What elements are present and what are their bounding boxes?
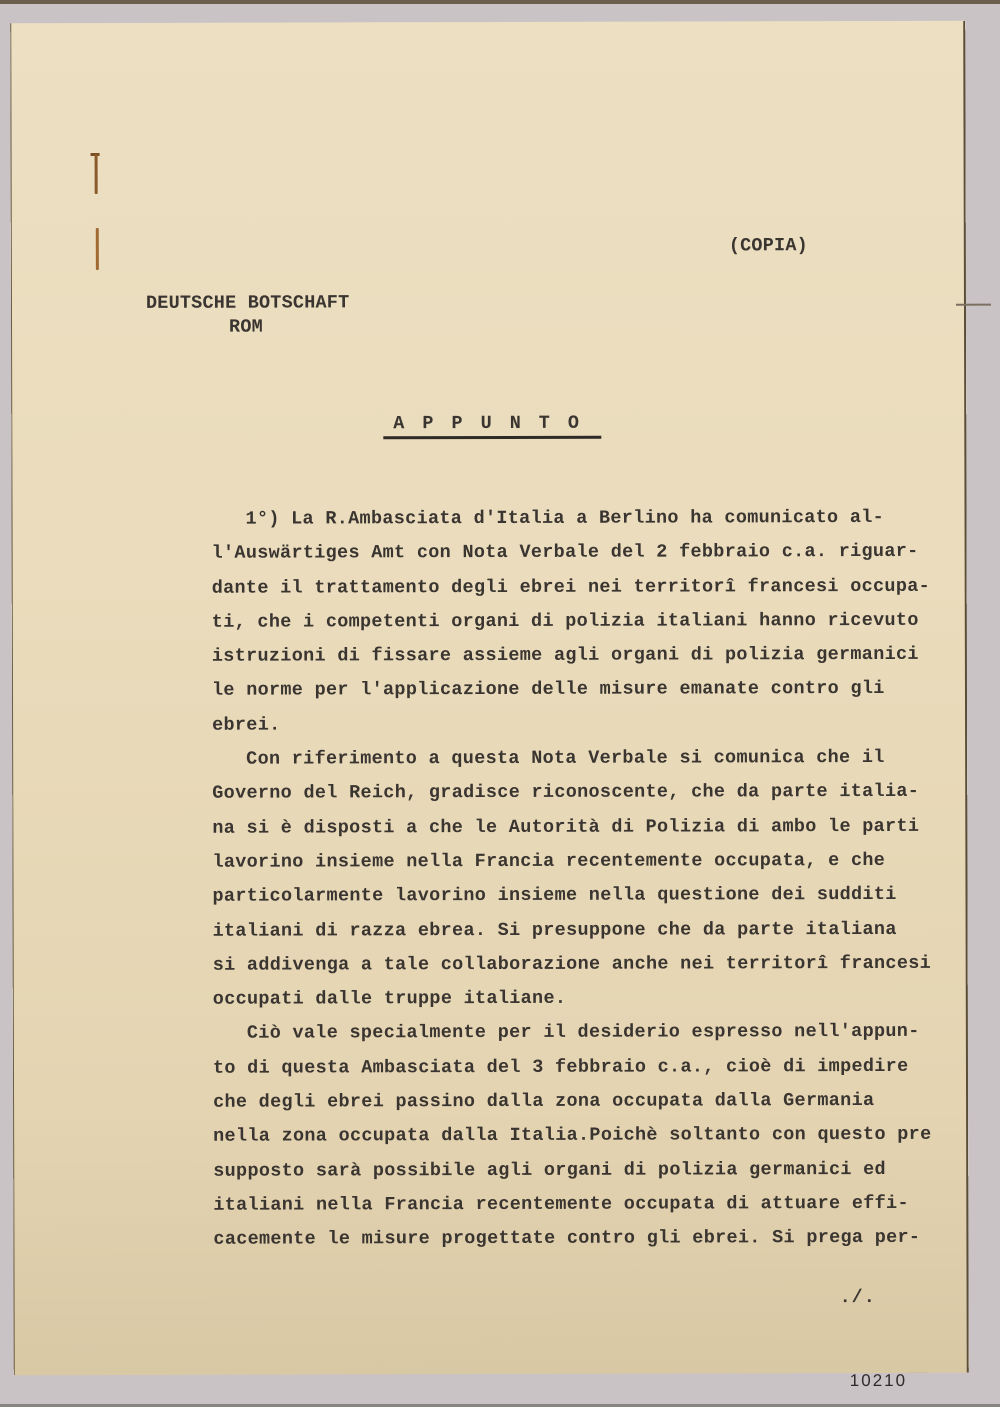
body-line: istruzioni di fissare assieme agli organ… <box>212 638 972 674</box>
body-line: 1°) La R.Ambasciata d'Italia a Berlino h… <box>211 501 971 537</box>
body-line: particolarmente lavorino insieme nella q… <box>212 878 972 914</box>
body-line: dante il trattamento degli ebrei nei ter… <box>212 569 972 605</box>
body-line: Ciò vale specialmente per il desiderio e… <box>213 1015 973 1051</box>
body-line: nella zona occupata dalla Italia.Poichè … <box>213 1118 973 1154</box>
document-body: 1°) La R.Ambasciata d'Italia a Berlino h… <box>211 501 973 1258</box>
sender-city: ROM <box>229 317 263 338</box>
body-line: ebrei. <box>212 707 972 743</box>
staple-hole-icon <box>96 228 99 270</box>
body-line: che degli ebrei passino dalla zona occup… <box>213 1084 973 1120</box>
body-line: supposto sarà possibile agli organi di p… <box>213 1152 973 1188</box>
body-line: le norme per l'applicazione delle misure… <box>212 672 972 708</box>
sender-name: DEUTSCHE BOTSCHAFT <box>146 292 349 314</box>
document-title: APPUNTO <box>383 413 601 440</box>
document-page: (COPIA) DEUTSCHE BOTSCHAFT ROM APPUNTO 1… <box>10 21 969 1375</box>
page-number-stamp: 10210 <box>850 1371 907 1391</box>
scan-top-border <box>0 0 1000 4</box>
body-line: Governo del Reich, gradisce riconoscente… <box>212 775 972 811</box>
copy-label: (COPIA) <box>729 235 808 256</box>
body-line: to di questa Ambasciata del 3 febbraio c… <box>213 1049 973 1085</box>
body-line: italiani nella Francia recentemente occu… <box>213 1187 973 1223</box>
body-line: lavorino insieme nella Francia recenteme… <box>212 844 972 880</box>
staple-hole-icon <box>95 154 98 194</box>
body-line: occupati dalle truppe italiane. <box>213 981 973 1017</box>
margin-mark <box>956 304 991 306</box>
body-line: italiani di razza ebrea. Si presuppone c… <box>213 912 973 948</box>
continuation-mark: ./. <box>840 1287 876 1308</box>
body-line: si addivenga a tale collaborazione anche… <box>213 947 973 983</box>
body-line: Con riferimento a questa Nota Verbale si… <box>212 741 972 777</box>
body-line: na si è disposti a che le Autorità di Po… <box>212 809 972 845</box>
body-line: l'Auswärtiges Amt con Nota Verbale del 2… <box>212 535 972 571</box>
body-line: ti, che i competenti organi di polizia i… <box>212 604 972 640</box>
body-line: cacemente le misure progettate contro gl… <box>213 1221 973 1257</box>
